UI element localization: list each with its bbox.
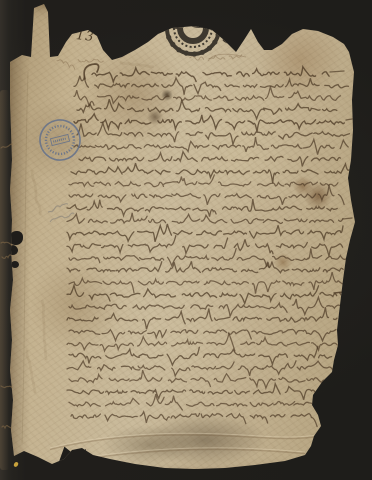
margin-ink-mark <box>1 386 12 388</box>
margin-marks-layer <box>0 0 372 480</box>
margin-ink-mark <box>1 242 12 245</box>
margin-ink-mark <box>2 255 11 258</box>
margin-ink-mark <box>1 144 13 148</box>
scan-background: 13 <box>0 0 372 480</box>
margin-ink-mark <box>2 426 11 428</box>
